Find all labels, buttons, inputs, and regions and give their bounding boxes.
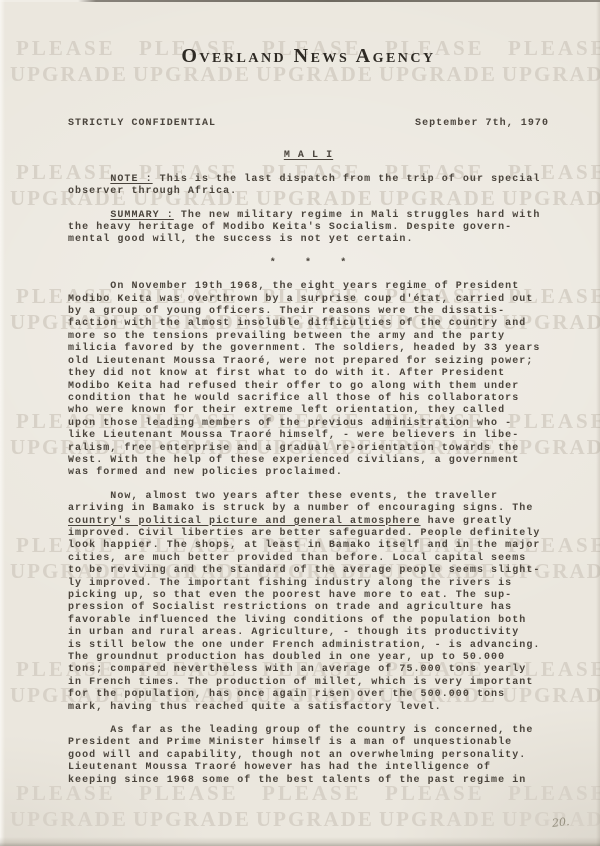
doc-line: was formed and new policies proclaimed. bbox=[68, 467, 549, 479]
doc-line: mental good will, the success is not yet… bbox=[68, 234, 549, 246]
doc-line: faction with the almost insoluble diffic… bbox=[68, 318, 549, 330]
watermark-text: PLEASEUPGRADE bbox=[256, 780, 374, 832]
date-label: September 7th, 1970 bbox=[415, 118, 549, 130]
doc-line: look happier. The shops, at least in Bam… bbox=[68, 540, 549, 552]
doc-line: favorable influenced the living conditio… bbox=[68, 615, 549, 627]
doc-line: good will and capability, though not an … bbox=[68, 750, 549, 762]
classification-label: STRICTLY CONFIDENTIAL bbox=[68, 118, 216, 130]
paragraph: Now, almost two years after these events… bbox=[68, 491, 549, 714]
watermark-text: PLEASEUPGRADE bbox=[379, 780, 497, 832]
doc-line: old Lieutenant Moussa Traoré, were not p… bbox=[68, 356, 549, 368]
doc-line: who were known for their extreme left or… bbox=[68, 405, 549, 417]
doc-line: On November 19th 1968, the eight years r… bbox=[68, 281, 549, 293]
doc-line: country's political picture and general … bbox=[68, 516, 549, 528]
classification-row: STRICTLY CONFIDENTIAL September 7th, 197… bbox=[68, 118, 549, 130]
paragraph: On November 19th 1968, the eight years r… bbox=[68, 281, 549, 480]
handwritten-page-number: 20. bbox=[551, 815, 570, 830]
doc-line: in French times. The production of mille… bbox=[68, 677, 549, 689]
doc-line: improved. Civil liberties are better saf… bbox=[68, 528, 549, 540]
doc-line: pression of Socialist restrictions on tr… bbox=[68, 602, 549, 614]
doc-line: is still below the one under French admi… bbox=[68, 640, 549, 652]
doc-line: keeping since 1968 some of the best tale… bbox=[68, 775, 549, 787]
section-separator: * * * bbox=[68, 258, 549, 270]
doc-line: West. With the help of these experienced… bbox=[68, 455, 549, 467]
doc-line: they did not know at first what to do wi… bbox=[68, 368, 549, 380]
doc-line: upon those leading members of the previo… bbox=[68, 418, 549, 430]
doc-line: picking up, so that even the poorest hav… bbox=[68, 590, 549, 602]
watermark-text: PLEASEUPGRADE bbox=[10, 780, 128, 832]
paragraph: SUMMARY : The new military regime in Mal… bbox=[68, 210, 549, 247]
watermark-text: PLEASEUPGRADE bbox=[133, 780, 251, 832]
scanned-document-page: PLEASEUPGRADEPLEASEUPGRADEPLEASEUPGRADEP… bbox=[0, 0, 600, 846]
doc-line: ralism, free enterprise and a gradual re… bbox=[68, 443, 549, 455]
doc-line: by a group of young officers. Their reas… bbox=[68, 306, 549, 318]
doc-line: condition that he would sacrifice all th… bbox=[68, 393, 549, 405]
doc-line: The groundnut production has doubled in … bbox=[68, 652, 549, 664]
scan-edge-top bbox=[0, 0, 600, 2]
doc-line: tons; compared nevertheless with an aver… bbox=[68, 664, 549, 676]
title-row: M A L I bbox=[68, 144, 549, 162]
doc-line: arriving in Bamako is struck by a number… bbox=[68, 503, 549, 515]
doc-line: ly improved. The important fishing indus… bbox=[68, 578, 549, 590]
doc-line: * * * bbox=[68, 258, 549, 270]
document-content: Overland News Agency STRICTLY CONFIDENTI… bbox=[68, 0, 549, 787]
doc-line: President and Prime Minister himself is … bbox=[68, 737, 549, 749]
doc-line: SUMMARY : The new military regime in Mal… bbox=[68, 210, 549, 222]
doc-line: milicia favored by the government. The s… bbox=[68, 343, 549, 355]
paragraph: As far as the leading group of the count… bbox=[68, 725, 549, 787]
doc-line: the heavy heritage of Modibo Keita's Soc… bbox=[68, 222, 549, 234]
doc-line: in urban and rural areas. Agriculture, -… bbox=[68, 627, 549, 639]
doc-line: to be reviving and the standard of the a… bbox=[68, 565, 549, 577]
doc-line: Modibo Keita had refused their offer to … bbox=[68, 381, 549, 393]
watermark-text: PLEASEUPGRADE bbox=[502, 780, 600, 832]
scan-edge-bottom bbox=[0, 837, 600, 846]
document-body: NOTE : This is the last dispatch from th… bbox=[68, 174, 549, 787]
doc-line: cities, are much better provided than be… bbox=[68, 553, 549, 565]
doc-line: Modibo Keita was overthrown by a surpris… bbox=[68, 294, 549, 306]
doc-line: observer through Africa. bbox=[68, 186, 549, 198]
agency-letterhead: Overland News Agency bbox=[68, 0, 549, 66]
paragraph: NOTE : This is the last dispatch from th… bbox=[68, 174, 549, 199]
scan-edge-right bbox=[596, 0, 600, 846]
doc-line: Now, almost two years after these events… bbox=[68, 491, 549, 503]
doc-line: NOTE : This is the last dispatch from th… bbox=[68, 174, 549, 186]
doc-line: for the population, has once again risen… bbox=[68, 689, 549, 701]
document-title: M A L I bbox=[284, 150, 333, 161]
doc-line: more so the tensions prevailing between … bbox=[68, 331, 549, 343]
scan-edge-left bbox=[0, 0, 5, 846]
doc-line: mark, having thus reached quite a satisf… bbox=[68, 702, 549, 714]
doc-line: As far as the leading group of the count… bbox=[68, 725, 549, 737]
doc-line: like Lieutenant Moussa Traoré himself, -… bbox=[68, 430, 549, 442]
doc-line: Lieutenant Moussa Traoré however has had… bbox=[68, 762, 549, 774]
